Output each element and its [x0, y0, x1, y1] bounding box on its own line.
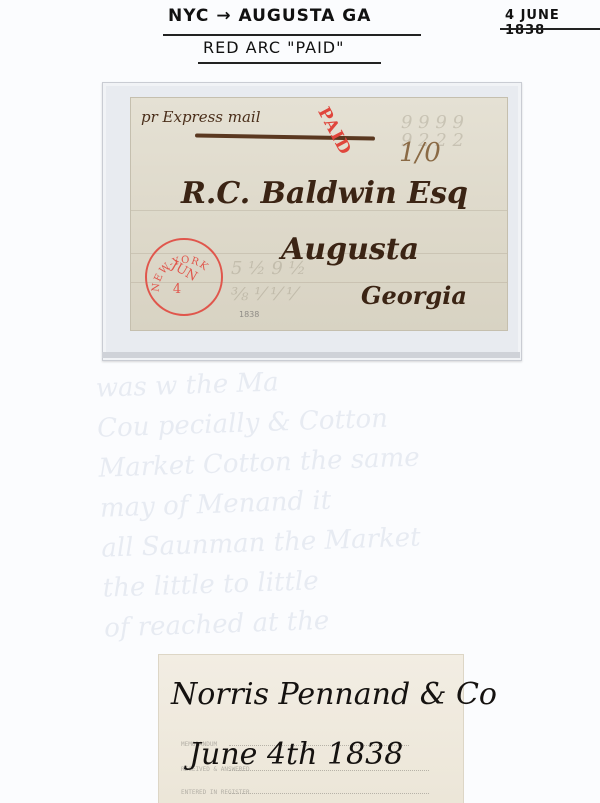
docket-date: June 4th 1838	[189, 737, 403, 772]
sleeve-edge	[102, 352, 520, 358]
address-city: Augusta	[281, 232, 419, 267]
ghost-line: may of Menand it	[99, 471, 600, 528]
paid-handstamp: PAID	[313, 104, 355, 159]
route-underline	[163, 34, 421, 36]
ghost-line: Market Cotton the same	[98, 431, 599, 488]
date-underline	[500, 28, 600, 30]
docket-fragment: MEMORANDUM RECEIVED & ANSWERED ENTERED I…	[158, 654, 464, 803]
pencil-year-note: 1838	[239, 310, 259, 319]
ghost-line: of reached at the	[103, 591, 600, 648]
address-state: Georgia	[361, 281, 467, 310]
bleed-through-text: was w the Ma Cou pecially & Cotton Marke…	[95, 351, 600, 658]
ghost-line: Cou pecially & Cotton	[96, 391, 597, 448]
date-annotation: 4 June 1838	[505, 8, 600, 38]
circular-datestamp: NEW-YORK JUN 4	[145, 238, 223, 316]
route-annotation: NYC → Augusta Ga	[168, 6, 371, 26]
route-endorsement: pr Express mail	[141, 108, 261, 126]
ghost-line: the little to little	[102, 551, 600, 608]
form-dotted-line	[229, 793, 429, 794]
letter-bleed: ⅜ ⅟ ⅟ ⅟	[231, 284, 296, 305]
postmark-day: 4	[147, 282, 207, 297]
stampless-cover: 9 9 9 9 9 2 2 2 5 ½ 9 ½ ⅜ ⅟ ⅟ ⅟ pr Expre…	[130, 97, 508, 331]
ghost-line: all Saunman the Market	[101, 511, 600, 568]
addressee: R.C. Baldwin Esq	[181, 176, 468, 211]
docket-sender: Norris Pennand & Co	[171, 677, 497, 712]
marking-underline	[198, 62, 381, 64]
marking-annotation: Red Arc "PAID"	[203, 38, 344, 57]
printed-form-text: ENTERED IN REGISTER	[181, 789, 250, 796]
rate-marking: 1/0	[399, 138, 441, 168]
